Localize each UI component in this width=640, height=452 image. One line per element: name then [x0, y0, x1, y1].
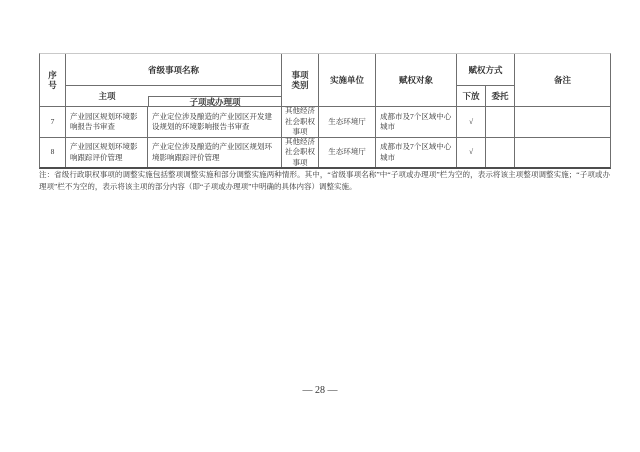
table-footnote: 注：省级行政职权事项的调整实施包括整项调整实施和部分调整实施两种情形。其中，“省…	[39, 169, 610, 192]
table-row8-delegate-checkmark: √	[457, 138, 486, 167]
table-row7-authorization-target: 成都市及7个区域中心城市	[376, 107, 457, 138]
header-cell-authorization-method: 赋权方式	[457, 54, 515, 86]
table-row7-sub-item: 产业定位涉及酿造的产业园区开发建设规划的环境影响报告书审查	[148, 107, 282, 138]
header-cell-remarks: 备注	[515, 54, 610, 107]
header-cell-provincial-item-name: 省级事项名称	[66, 54, 282, 86]
table-row7-delegate-checkmark: √	[457, 107, 486, 138]
header-label-authorization-target: 赋权对象	[399, 75, 433, 85]
header-cell-sub-item: 子项或办理项	[148, 96, 282, 107]
table-row8-sub-item: 产业定位涉及酿造的产业园区规划环境影响跟踪评价管理	[148, 138, 282, 167]
header-label-authorization-method: 赋权方式	[468, 65, 502, 75]
header-cell-implementing-unit: 实施单位	[319, 54, 376, 107]
table-row8-remarks	[515, 138, 610, 167]
table-row7-item-category-text: 其他经济社会职权事项	[285, 107, 315, 138]
header-cell-item-category: 事项类别	[282, 54, 319, 107]
header-cell-authorization-target: 赋权对象	[376, 54, 457, 107]
table-row7-remarks	[515, 107, 610, 138]
table-row7-serial: 7	[40, 107, 66, 138]
table-row8-serial: 8	[40, 138, 66, 167]
page-number: — 28 —	[0, 385, 640, 396]
header-label-serial: 序号	[48, 70, 57, 90]
table-grid: 序号 省级事项名称 主项 子项或办理项 事项类别 实施单位 赋权对象	[40, 54, 610, 167]
table-row7-entrust	[486, 107, 515, 138]
header-label-implementing-unit: 实施单位	[330, 75, 364, 85]
header-label-entrust: 委托	[491, 91, 508, 101]
table-row8-item-category-text: 其他经济社会职权事项	[285, 138, 315, 167]
header-label-remarks: 备注	[554, 75, 571, 85]
table-row8-entrust	[486, 138, 515, 167]
header-label-main-item: 主项	[98, 91, 115, 101]
document-page: 序号 省级事项名称 主项 子项或办理项 事项类别 实施单位 赋权对象	[0, 0, 640, 452]
authorization-items-table: 序号 省级事项名称 主项 子项或办理项 事项类别 实施单位 赋权对象	[39, 53, 611, 169]
header-label-delegate: 下放	[462, 91, 479, 101]
header-cell-main-item: 主项	[66, 86, 148, 107]
header-cell-delegate: 下放	[457, 86, 486, 107]
table-row7-main-item: 产业园区规划环境影响报告书审查	[66, 107, 148, 138]
table-row8-authorization-target: 成都市及7个区域中心城市	[376, 138, 457, 167]
table-row8-main-item: 产业园区规划环境影响跟踪评价管理	[66, 138, 148, 167]
table-row8-item-category: 其他经济社会职权事项	[282, 138, 319, 167]
header-label-provincial-item-name: 省级事项名称	[148, 65, 199, 75]
table-row7-implementing-unit: 生态环境厅	[319, 107, 376, 138]
header-label-sub-item: 子项或办理项	[189, 97, 240, 107]
table-row8-implementing-unit: 生态环境厅	[319, 138, 376, 167]
table-row7-item-category: 其他经济社会职权事项	[282, 107, 319, 138]
header-label-item-category: 事项类别	[292, 70, 309, 90]
header-spacer-cell	[148, 86, 282, 96]
header-cell-entrust: 委托	[486, 86, 515, 107]
header-cell-serial: 序号	[40, 54, 66, 107]
